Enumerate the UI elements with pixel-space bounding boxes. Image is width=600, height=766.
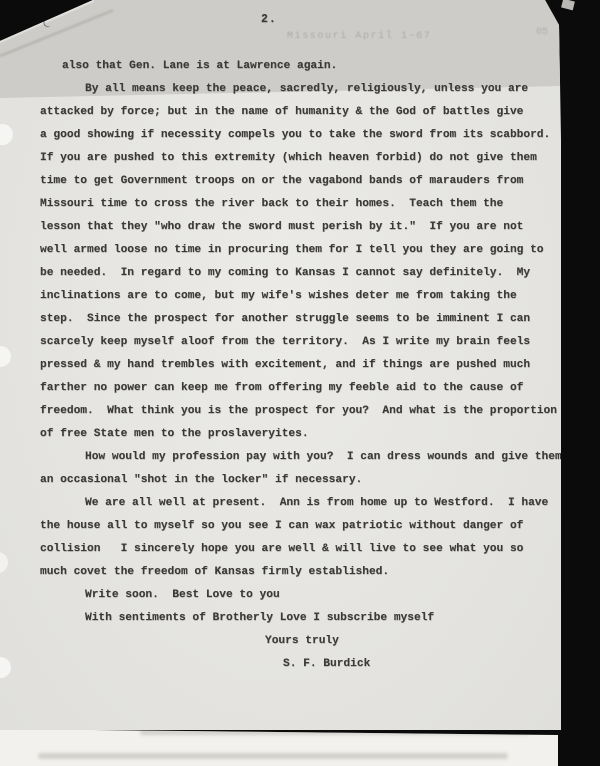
letter-line: By all means keep the peace, sacredly, r… (40, 78, 561, 101)
backing-sheet (0, 726, 558, 766)
letter-line: Yours truly (40, 630, 561, 653)
letter-line: the house all to myself so you see I can… (40, 515, 561, 538)
letter-line: time to get Government troops on or the … (40, 170, 561, 193)
letter-line: also that Gen. Lane is at Lawrence again… (40, 55, 561, 78)
letter-line: attacked by force; but in the name of hu… (40, 101, 561, 124)
scanned-letter-page-2: 2. Missouri April 1-67 05 also that Gen.… (0, 0, 600, 766)
letter-line: a good showing if necessity compels you … (40, 124, 561, 147)
letter-line: pressed & my hand trembles with exciteme… (40, 354, 561, 377)
letter-line: farther no power can keep me from offeri… (40, 377, 561, 400)
letter-line: How would my profession pay with you? I … (40, 446, 561, 469)
page-number: 2. (261, 13, 277, 26)
letter-line: We are all well at present. Ann is from … (40, 492, 561, 515)
letter-line: of free State men to the proslaveryites. (40, 423, 561, 446)
letter-line: be needed. In regard to my coming to Kan… (40, 262, 561, 285)
letter-line: scarcely keep myself aloof from the terr… (40, 331, 561, 354)
letter-body: also that Gen. Lane is at Lawrence again… (40, 55, 561, 676)
letter-page: 2. Missouri April 1-67 05 also that Gen.… (0, 0, 563, 730)
letter-line: lesson that they "who draw the sword mus… (40, 216, 561, 239)
letter-line: Write soon. Best Love to you (40, 584, 561, 607)
letter-line: inclinations are to come, but my wife's … (40, 285, 561, 308)
letter-line: freedom. What think you is the prospect … (40, 400, 561, 423)
ghost-bleedthrough-header: Missouri April 1-67 (287, 31, 431, 42)
letter-line: If you are pushed to this extremity (whi… (40, 147, 561, 170)
letter-line: collision I sincerely hope you are well … (40, 538, 561, 561)
ghost-margin-note: 05 (536, 27, 548, 38)
letter-line: step. Since the prospect for another str… (40, 308, 561, 331)
paper-corner-chip (561, 0, 575, 10)
letter-line: much covet the freedom of Kansas firmly … (40, 561, 561, 584)
bleedthrough-smudge (140, 730, 530, 735)
letter-line: an occasional "shot in the locker" if ne… (40, 469, 561, 492)
letter-line: well armed loose no time in procuring th… (40, 239, 561, 262)
bleedthrough-smudge (38, 753, 508, 759)
letter-line: S. F. Burdick (40, 653, 561, 676)
letter-line: Missouri time to cross the river back to… (40, 193, 561, 216)
letter-line: With sentiments of Brotherly Love I subs… (40, 607, 561, 630)
